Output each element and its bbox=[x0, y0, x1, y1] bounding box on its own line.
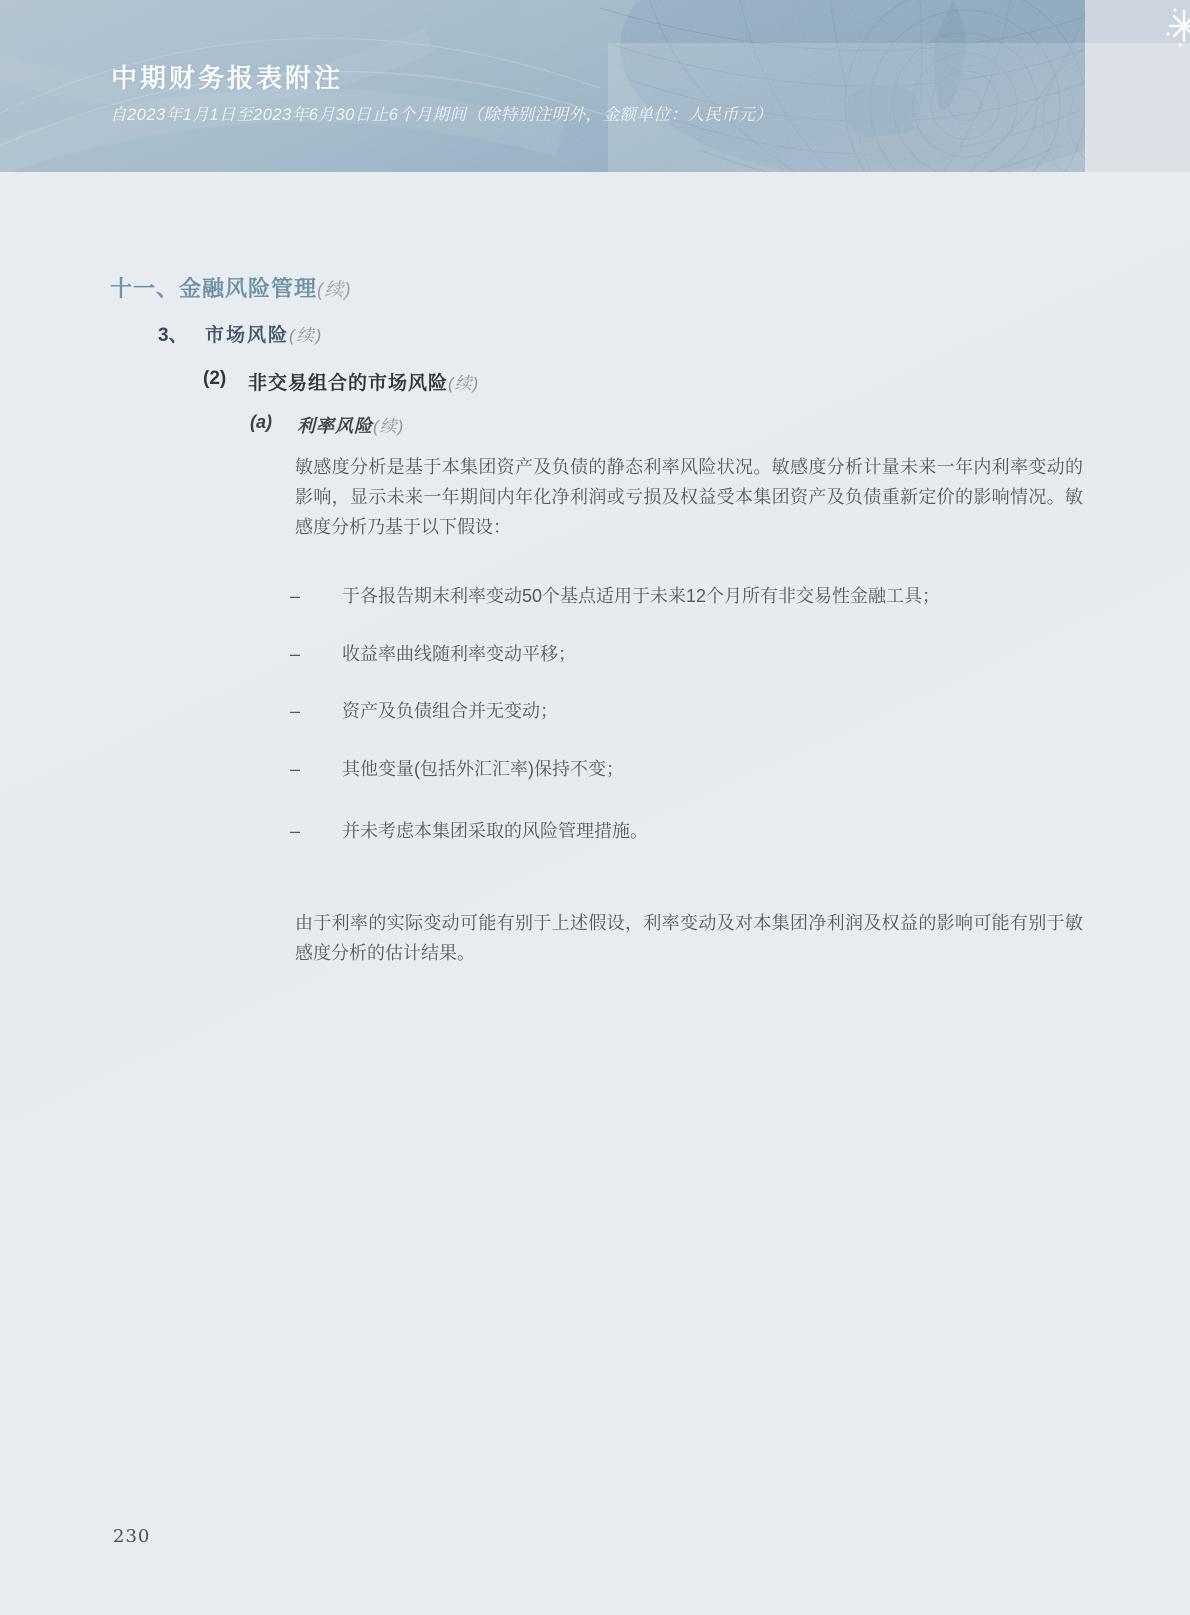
dash-bullet-icon: – bbox=[290, 584, 300, 608]
section-heading: 十一、金融风险管理(续) bbox=[110, 272, 352, 303]
closing-paragraph: 由于利率的实际变动可能有别于上述假设，利率变动及对本集团净利润及权益的影响可能有… bbox=[295, 908, 1083, 968]
subsection-heading: 市场风险(续) bbox=[205, 320, 323, 347]
assumption-text: 资产及负债组合并无变动； bbox=[342, 699, 558, 723]
section-continued-suffix: (续) bbox=[317, 280, 352, 301]
subsection-marker: 3、 bbox=[158, 320, 188, 347]
section-marker: 十一、 bbox=[110, 276, 179, 301]
intro-paragraph: 敏感度分析是基于本集团资产及负债的静态利率风险状况。敏感度分析计量未来一年内利率… bbox=[295, 452, 1083, 542]
dash-bullet-icon: – bbox=[290, 642, 300, 666]
assumption-text: 收益率曲线随利率变动平移； bbox=[342, 642, 576, 666]
item-continued-suffix: (续) bbox=[448, 374, 479, 393]
section-title: 金融风险管理 bbox=[179, 276, 317, 301]
subsection-title: 市场风险 bbox=[205, 325, 289, 346]
page-title: 中期财务报表附注 bbox=[111, 58, 343, 95]
document-page: 中期财务报表附注 自2023年1月1日至2023年6月30日止6个月期间（除特别… bbox=[0, 0, 1190, 1615]
page-subtitle: 自2023年1月1日至2023年6月30日止6个月期间（除特别注明外，金额单位：… bbox=[110, 101, 772, 125]
assumption-text: 于各报告期末利率变动50个基点适用于未来12个月所有非交易性金融工具； bbox=[342, 584, 940, 608]
assumption-text: 并未考虑本集团采取的风险管理措施。 bbox=[342, 819, 648, 843]
subitem-title: 利率风险 bbox=[297, 416, 373, 436]
subsection-continued-suffix: (续) bbox=[289, 326, 323, 345]
dash-bullet-icon: – bbox=[290, 699, 300, 723]
dash-bullet-icon: – bbox=[290, 757, 300, 781]
dash-bullet-icon: – bbox=[290, 819, 300, 843]
item-marker: (2) bbox=[203, 368, 226, 390]
item-heading: 非交易组合的市场风险(续) bbox=[248, 368, 479, 395]
page-header-banner: 中期财务报表附注 自2023年1月1日至2023年6月30日止6个月期间（除特别… bbox=[0, 0, 1190, 172]
page-number: 230 bbox=[113, 1526, 150, 1547]
subitem-continued-suffix: (续) bbox=[373, 417, 404, 436]
item-title: 非交易组合的市场风险 bbox=[248, 373, 448, 394]
subitem-heading: 利率风险(续) bbox=[297, 412, 404, 438]
assumption-text: 其他变量(包括外汇汇率)保持不变； bbox=[342, 757, 624, 781]
subitem-marker: (a) bbox=[250, 412, 272, 433]
